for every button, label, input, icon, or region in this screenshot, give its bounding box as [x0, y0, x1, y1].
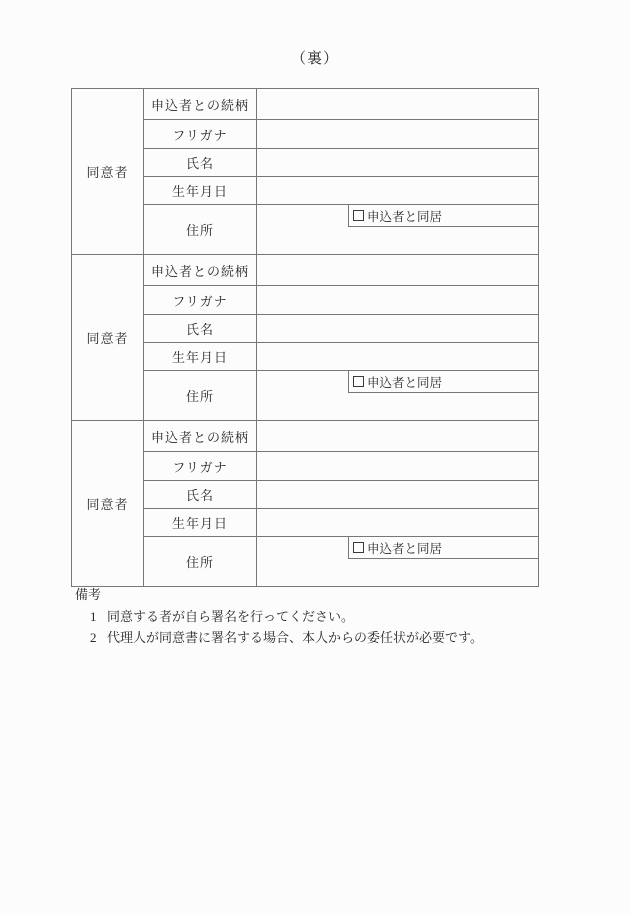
name-input-cell[interactable]: [256, 480, 538, 508]
name-label: 氏名: [143, 148, 256, 176]
cohabit-checkbox-label: 申込者と同居: [367, 539, 442, 557]
relationship-label: 申込者との続柄: [143, 89, 256, 119]
address-input-cell[interactable]: 申込者と同居: [256, 370, 538, 420]
note-number: 1: [90, 608, 107, 626]
relationship-input-cell[interactable]: [256, 89, 538, 119]
address-label: 住所: [143, 370, 256, 420]
address-input-cell[interactable]: 申込者と同居: [256, 204, 538, 254]
cohabit-checkbox-label: 申込者と同居: [367, 373, 442, 391]
notes-section: 備考 1 同意する者が自ら署名を行ってください。 2 代理人が同意書に署名する場…: [75, 586, 483, 647]
birthdate-label: 生年月日: [143, 508, 256, 536]
consenter-section-1: 同意者 申込者との続柄 フリガナ 氏名 生年月日 住所 申込者と同居: [72, 89, 538, 254]
relationship-input-cell[interactable]: [256, 255, 538, 285]
note-text: 代理人が同意書に署名する場合、本人からの委任状が必要です。: [107, 629, 483, 647]
birthdate-label: 生年月日: [143, 176, 256, 204]
consenter-section-2: 同意者 申込者との続柄 フリガナ 氏名 生年月日 住所 申込者と同居: [72, 254, 538, 420]
note-item-2: 2 代理人が同意書に署名する場合、本人からの委任状が必要です。: [75, 629, 483, 647]
name-input-cell[interactable]: [256, 148, 538, 176]
notes-heading: 備考: [75, 586, 483, 604]
relationship-input-cell[interactable]: [256, 421, 538, 451]
cohabit-checkbox-group[interactable]: 申込者と同居: [348, 205, 538, 227]
consent-form-table: 同意者 申込者との続柄 フリガナ 氏名 生年月日 住所 申込者と同居 同意者 申…: [71, 88, 539, 587]
name-label: 氏名: [143, 480, 256, 508]
page-title: （裏）: [0, 47, 630, 68]
address-label: 住所: [143, 536, 256, 586]
relationship-label: 申込者との続柄: [143, 421, 256, 451]
birthdate-input-cell[interactable]: [256, 508, 538, 536]
furigana-label: フリガナ: [143, 451, 256, 480]
furigana-input-cell[interactable]: [256, 285, 538, 314]
checkbox-icon[interactable]: [353, 210, 364, 221]
name-input-cell[interactable]: [256, 314, 538, 342]
cohabit-checkbox-group[interactable]: 申込者と同居: [348, 371, 538, 393]
furigana-label: フリガナ: [143, 119, 256, 148]
consenter-section-3: 同意者 申込者との続柄 フリガナ 氏名 生年月日 住所 申込者と同居: [72, 420, 538, 586]
birthdate-label: 生年月日: [143, 342, 256, 370]
cohabit-checkbox-label: 申込者と同居: [367, 207, 442, 225]
consenter-group-label: 同意者: [72, 255, 143, 420]
furigana-input-cell[interactable]: [256, 451, 538, 480]
note-text: 同意する者が自ら署名を行ってください。: [107, 608, 354, 626]
address-input-cell[interactable]: 申込者と同居: [256, 536, 538, 586]
birthdate-input-cell[interactable]: [256, 176, 538, 204]
consenter-group-label: 同意者: [72, 89, 143, 254]
birthdate-input-cell[interactable]: [256, 342, 538, 370]
checkbox-icon[interactable]: [353, 542, 364, 553]
cohabit-checkbox-group[interactable]: 申込者と同居: [348, 537, 538, 559]
furigana-input-cell[interactable]: [256, 119, 538, 148]
checkbox-icon[interactable]: [353, 376, 364, 387]
consenter-group-label: 同意者: [72, 421, 143, 586]
note-item-1: 1 同意する者が自ら署名を行ってください。: [75, 608, 483, 626]
furigana-label: フリガナ: [143, 285, 256, 314]
relationship-label: 申込者との続柄: [143, 255, 256, 285]
address-label: 住所: [143, 204, 256, 254]
note-number: 2: [90, 629, 107, 647]
name-label: 氏名: [143, 314, 256, 342]
